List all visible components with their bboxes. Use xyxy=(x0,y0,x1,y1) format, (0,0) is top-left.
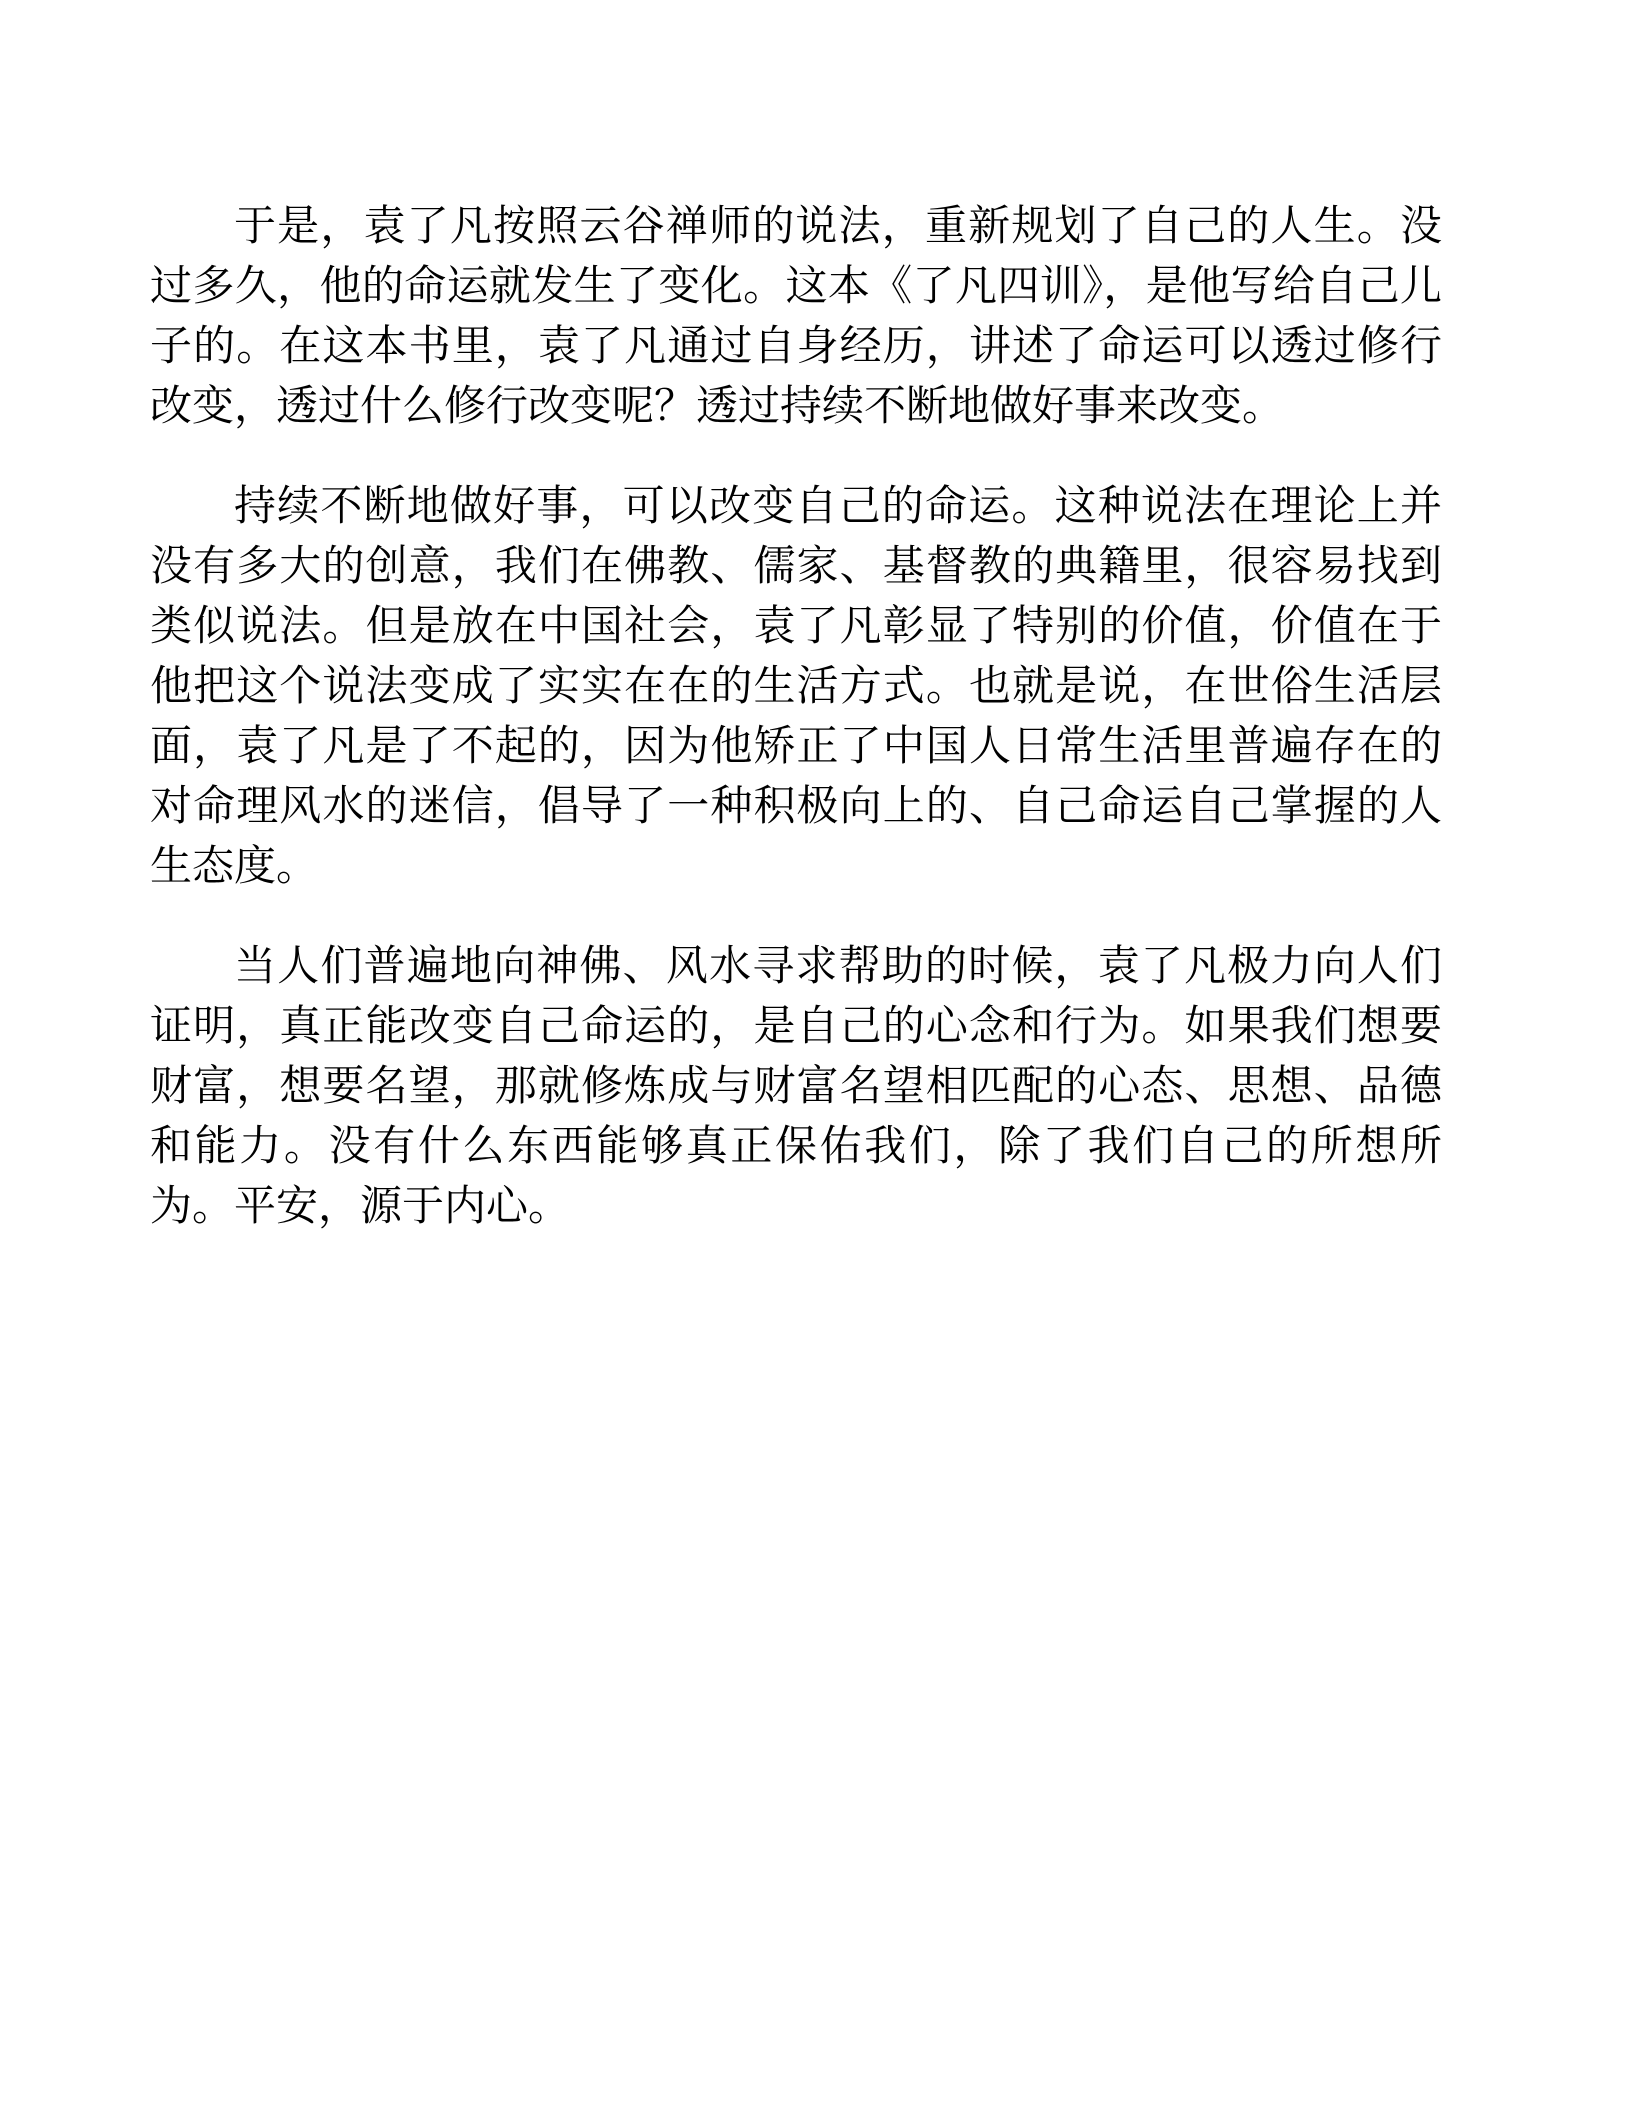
document-page: 于是，袁了凡按照云谷禅师的说法，重新规划了自己的人生。没过多久，他的命运就发生了… xyxy=(0,0,1632,2112)
paragraph-3: 当人们普遍地向神佛、风水寻求帮助的时候，袁了凡极力向人们证明，真正能改变自己命运… xyxy=(150,936,1442,1236)
text-block: 于是，袁了凡按照云谷禅师的说法，重新规划了自己的人生。没过多久，他的命运就发生了… xyxy=(150,196,1442,1276)
paragraph-1: 于是，袁了凡按照云谷禅师的说法，重新规划了自己的人生。没过多久，他的命运就发生了… xyxy=(150,196,1442,436)
paragraph-2: 持续不断地做好事，可以改变自己的命运。这种说法在理论上并没有多大的创意，我们在佛… xyxy=(150,476,1442,896)
